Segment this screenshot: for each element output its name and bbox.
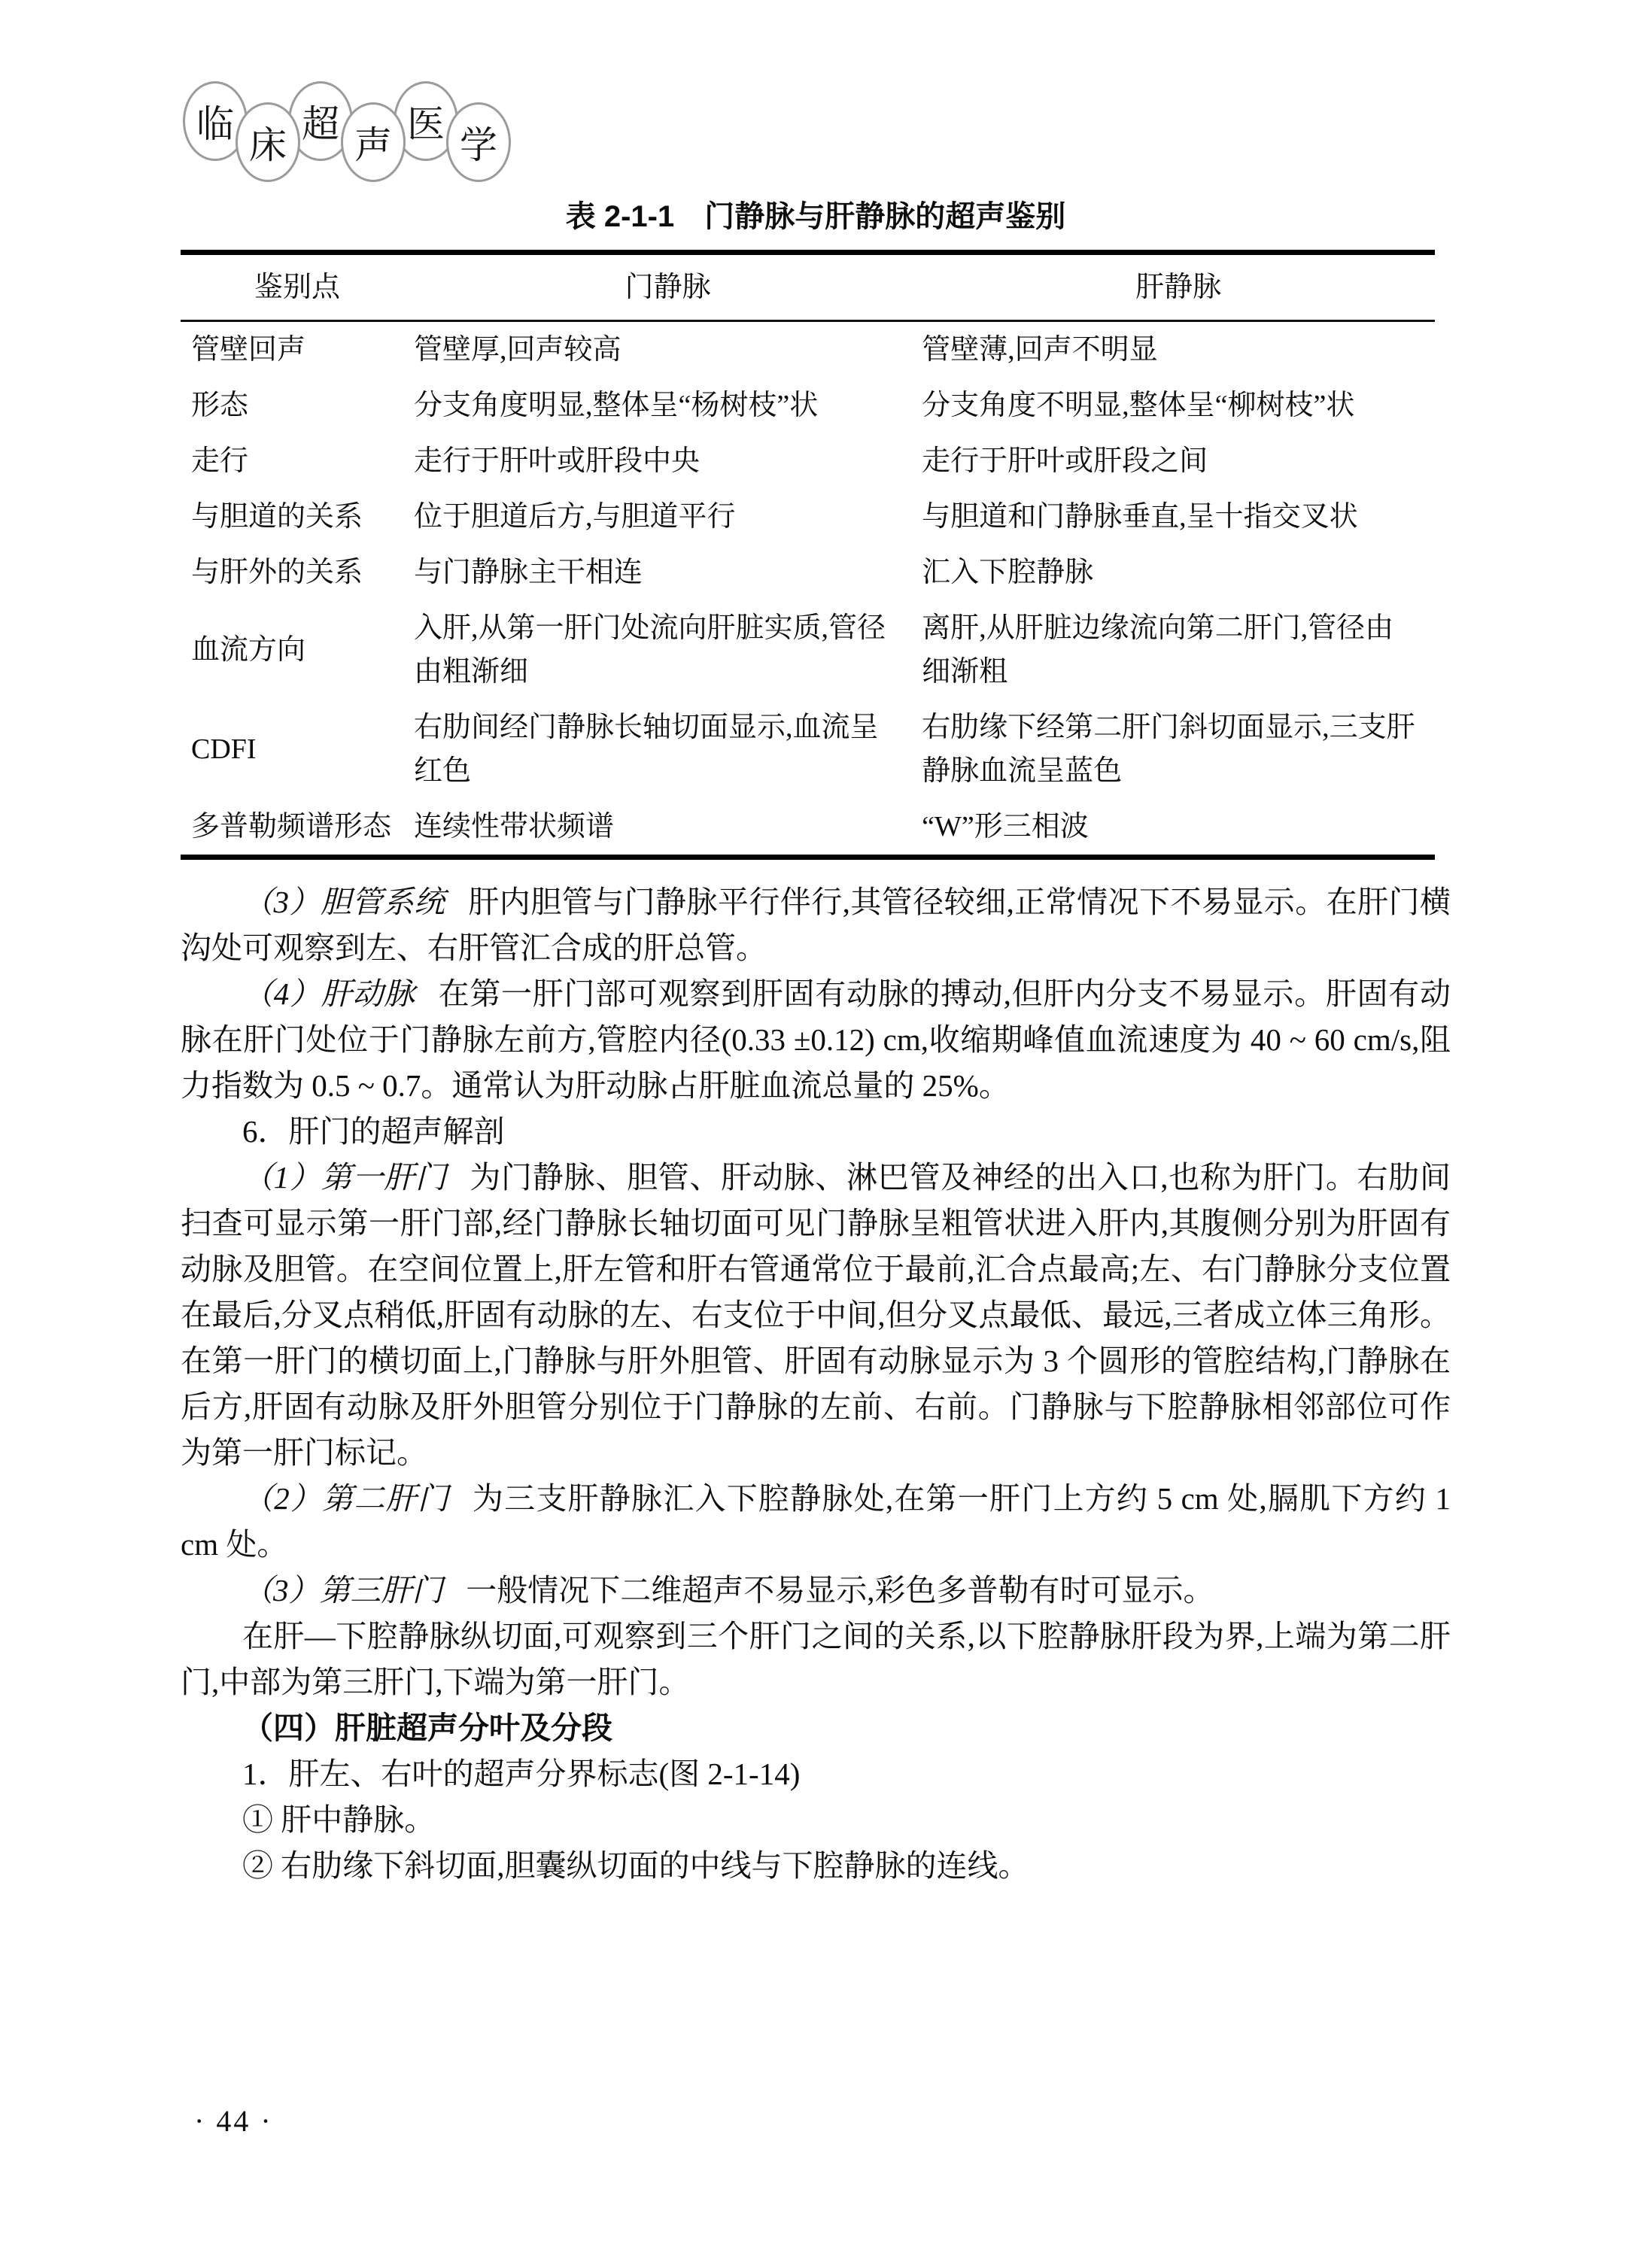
paragraph-body: 一般情况下二维超声不易显示,彩色多普勒有时可显示。 (466, 1573, 1214, 1608)
row-label: 血流方向 (181, 600, 414, 700)
page-number: · 44 · (194, 2103, 273, 2139)
page-content: 表 2-1-1 门静脉与肝静脉的超声鉴别 鉴别点 门静脉 肝静脉 管壁回声 管壁… (181, 0, 1451, 1889)
paragraph-bile-duct-system: （3）胆管系统肝内胆管与门静脉平行伴行,其管径较细,正常情况下不易显示。在肝门横… (181, 879, 1451, 971)
portal-vein-cell: 入肝,从第一肝门处流向肝脏实质,管径由粗渐细 (414, 600, 922, 700)
row-label: 走行 (181, 433, 414, 489)
hepatic-vein-cell: 走行于肝叶或肝段之间 (922, 433, 1435, 489)
paragraph-body: 为门静脉、胆管、肝动脉、淋巴管及神经的出入口,也称为肝门。右肋间扫查可显示第一肝… (181, 1160, 1451, 1470)
row-label: CDFI (181, 700, 414, 799)
paragraph-porta-relation: 在肝—下腔静脉纵切面,可观察到三个肝门之间的关系,以下腔静脉肝段为界,上端为第二… (181, 1614, 1451, 1705)
hepatic-vein-cell: “W”形三相波 (922, 799, 1435, 858)
item-lobe-landmarks: 1．肝左、右叶的超声分界标志(图 2-1-14) (181, 1751, 1451, 1797)
table-row: CDFI 右肋间经门静脉长轴切面显示,血流呈红色 右肋缘下经第二肝门斜切面显示,… (181, 700, 1435, 799)
book-page: 临 床 超 声 医 学 表 2-1-1 门静脉与肝静脉的超声鉴别 鉴别点 门静脉… (0, 0, 1629, 2268)
hepatic-vein-cell: 管壁薄,回声不明显 (922, 321, 1435, 378)
table-row: 血流方向 入肝,从第一肝门处流向肝脏实质,管径由粗渐细 离肝,从肝脏边缘流向第二… (181, 600, 1435, 700)
row-label: 形态 (181, 378, 414, 433)
item-gallbladder-ivc-line: ② 右肋缘下斜切面,胆囊纵切面的中线与下腔静脉的连线。 (181, 1843, 1451, 1889)
paragraph-first-porta: （1）第一肝门为门静脉、胆管、肝动脉、淋巴管及神经的出入口,也称为肝门。右肋间扫… (181, 1155, 1451, 1476)
paragraph-lead: （2）第二肝门 (242, 1481, 449, 1516)
item-middle-hepatic-vein: ① 肝中静脉。 (181, 1797, 1451, 1843)
paragraph-lead: （3）第三肝门 (242, 1573, 443, 1608)
column-header: 门静脉 (414, 253, 922, 321)
paragraph-lead: （4）肝动脉 (242, 976, 415, 1011)
paragraph-third-porta: （3）第三肝门一般情况下二维超声不易显示,彩色多普勒有时可显示。 (181, 1568, 1451, 1614)
row-label: 管壁回声 (181, 321, 414, 378)
column-header: 肝静脉 (922, 253, 1435, 321)
table-row: 走行 走行于肝叶或肝段中央 走行于肝叶或肝段之间 (181, 433, 1435, 489)
table-row: 与肝外的关系 与门静脉主干相连 汇入下腔静脉 (181, 545, 1435, 600)
portal-vein-cell: 连续性带状频谱 (414, 799, 922, 858)
row-label: 与肝外的关系 (181, 545, 414, 600)
table-header-row: 鉴别点 门静脉 肝静脉 (181, 253, 1435, 321)
body-text: （3）胆管系统肝内胆管与门静脉平行伴行,其管径较细,正常情况下不易显示。在肝门横… (181, 879, 1451, 1889)
hepatic-vein-cell: 汇入下腔静脉 (922, 545, 1435, 600)
row-label: 多普勒频谱形态 (181, 799, 414, 858)
hepatic-vein-cell: 右肋缘下经第二肝门斜切面显示,三支肝静脉血流呈蓝色 (922, 700, 1435, 799)
comparison-table: 鉴别点 门静脉 肝静脉 管壁回声 管壁厚,回声较高 管壁薄,回声不明显 形态 分… (181, 250, 1435, 860)
hepatic-vein-cell: 离肝,从肝脏边缘流向第二肝门,管径由细渐粗 (922, 600, 1435, 700)
table-row: 形态 分支角度明显,整体呈“杨树枝”状 分支角度不明显,整体呈“柳树枝”状 (181, 378, 1435, 433)
paragraph-lead: （1）第一肝门 (242, 1160, 447, 1195)
table-title: 表 2-1-1 门静脉与肝静脉的超声鉴别 (181, 200, 1451, 233)
hepatic-vein-cell: 分支角度不明显,整体呈“柳树枝”状 (922, 378, 1435, 433)
heading-liver-segmentation: （四）肝脏超声分叶及分段 (181, 1705, 1451, 1751)
portal-vein-cell: 走行于肝叶或肝段中央 (414, 433, 922, 489)
portal-vein-cell: 分支角度明显,整体呈“杨树枝”状 (414, 378, 922, 433)
paragraph-lead: （3）胆管系统 (242, 885, 445, 919)
portal-vein-cell: 与门静脉主干相连 (414, 545, 922, 600)
table-row: 多普勒频谱形态 连续性带状频谱 “W”形三相波 (181, 799, 1435, 858)
table-row: 与胆道的关系 位于胆道后方,与胆道平行 与胆道和门静脉垂直,呈十指交叉状 (181, 489, 1435, 545)
paragraph-hepatic-artery: （4）肝动脉在第一肝门部可观察到肝固有动脉的搏动,但肝内分支不易显示。肝固有动脉… (181, 971, 1451, 1109)
row-label: 与胆道的关系 (181, 489, 414, 545)
portal-vein-cell: 位于胆道后方,与胆道平行 (414, 489, 922, 545)
paragraph-second-porta: （2）第二肝门为三支肝静脉汇入下腔静脉处,在第一肝门上方约 5 cm 处,膈肌下… (181, 1476, 1451, 1568)
hepatic-vein-cell: 与胆道和门静脉垂直,呈十指交叉状 (922, 489, 1435, 545)
portal-vein-cell: 右肋间经门静脉长轴切面显示,血流呈红色 (414, 700, 922, 799)
table-row: 管壁回声 管壁厚,回声较高 管壁薄,回声不明显 (181, 321, 1435, 378)
column-header: 鉴别点 (181, 253, 414, 321)
heading-porta-anatomy: 6．肝门的超声解剖 (181, 1109, 1451, 1155)
portal-vein-cell: 管壁厚,回声较高 (414, 321, 922, 378)
